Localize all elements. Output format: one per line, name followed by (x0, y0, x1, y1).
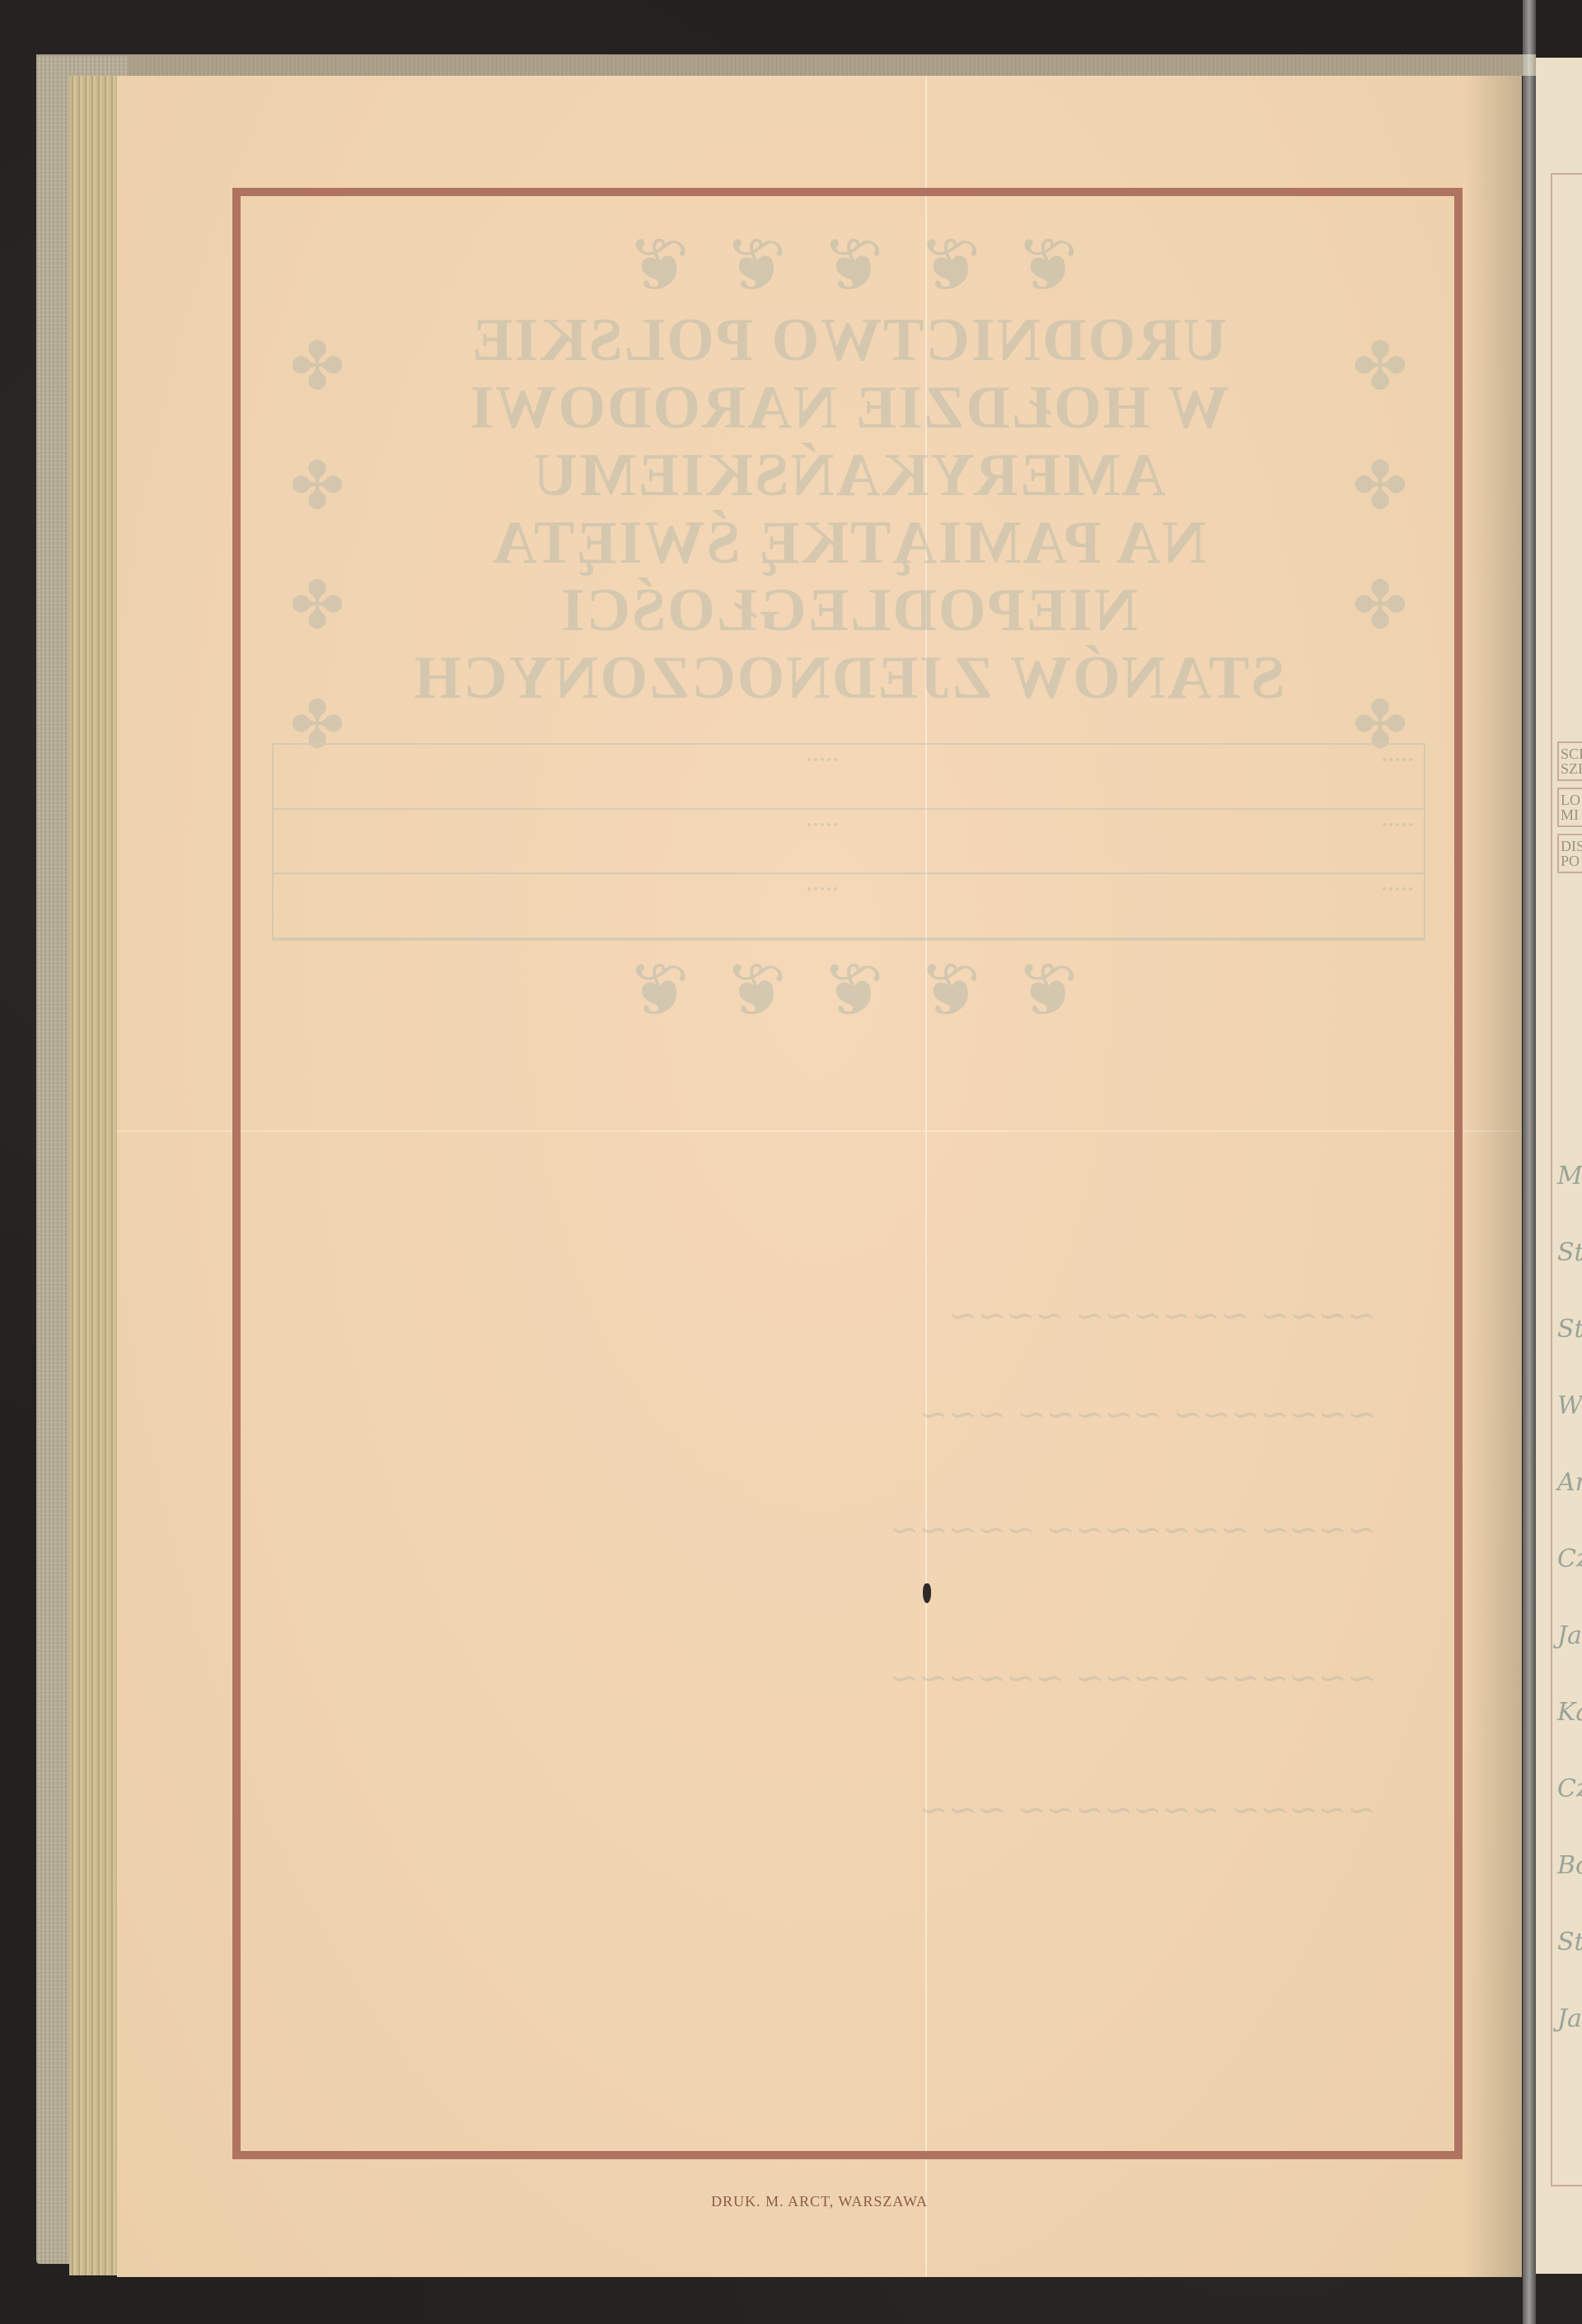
document-page: ❦ ❦ ❦ ❦ ❦ ✤ ✤ ✤ ✤ ✤ ✤ ✤ ✤ URODNICTWO POL… (117, 76, 1522, 2277)
handwritten-word: Cz (1557, 1775, 1582, 1803)
handwritten-word: St (1557, 1238, 1582, 1267)
plastic-sleeve-edge (1523, 0, 1536, 2324)
handwritten-word: An (1557, 1468, 1582, 1497)
adjacent-page-table: SCH SZK LO MI DIS PO (1557, 741, 1582, 873)
adjacent-page-handwriting: M St Sta W An Cz Ja Ka Cz Bo St Ja (1557, 1162, 1582, 2033)
book-cover-top-edge (36, 54, 1536, 76)
handwritten-word: Bo (1557, 1851, 1582, 1880)
table-label: DIS PO (1557, 834, 1582, 873)
handwritten-word: Ka (1557, 1698, 1582, 1727)
handwritten-word: Sta (1557, 1315, 1582, 1344)
handwritten-word: Ja (1557, 1621, 1582, 1650)
decorative-frame-border (232, 188, 1463, 2159)
handwritten-word: Cz (1557, 1545, 1582, 1573)
handwritten-word: St (1557, 1928, 1582, 1957)
table-label: LO MI (1557, 788, 1582, 827)
adjacent-page: SCH SZK LO MI DIS PO M St Sta W An Cz Ja… (1536, 58, 1582, 2274)
handwritten-word: W (1557, 1391, 1582, 1420)
ink-spot (923, 1583, 931, 1603)
handwritten-word: M (1557, 1162, 1582, 1190)
page-edges (69, 76, 119, 2275)
printer-imprint: DRUK. M. ARCT, WARSZAWA (117, 2193, 1522, 2210)
table-label: SCH SZK (1557, 741, 1582, 781)
handwritten-word: Ja (1557, 2004, 1582, 2033)
page-gutter-shadow (1464, 76, 1522, 2277)
